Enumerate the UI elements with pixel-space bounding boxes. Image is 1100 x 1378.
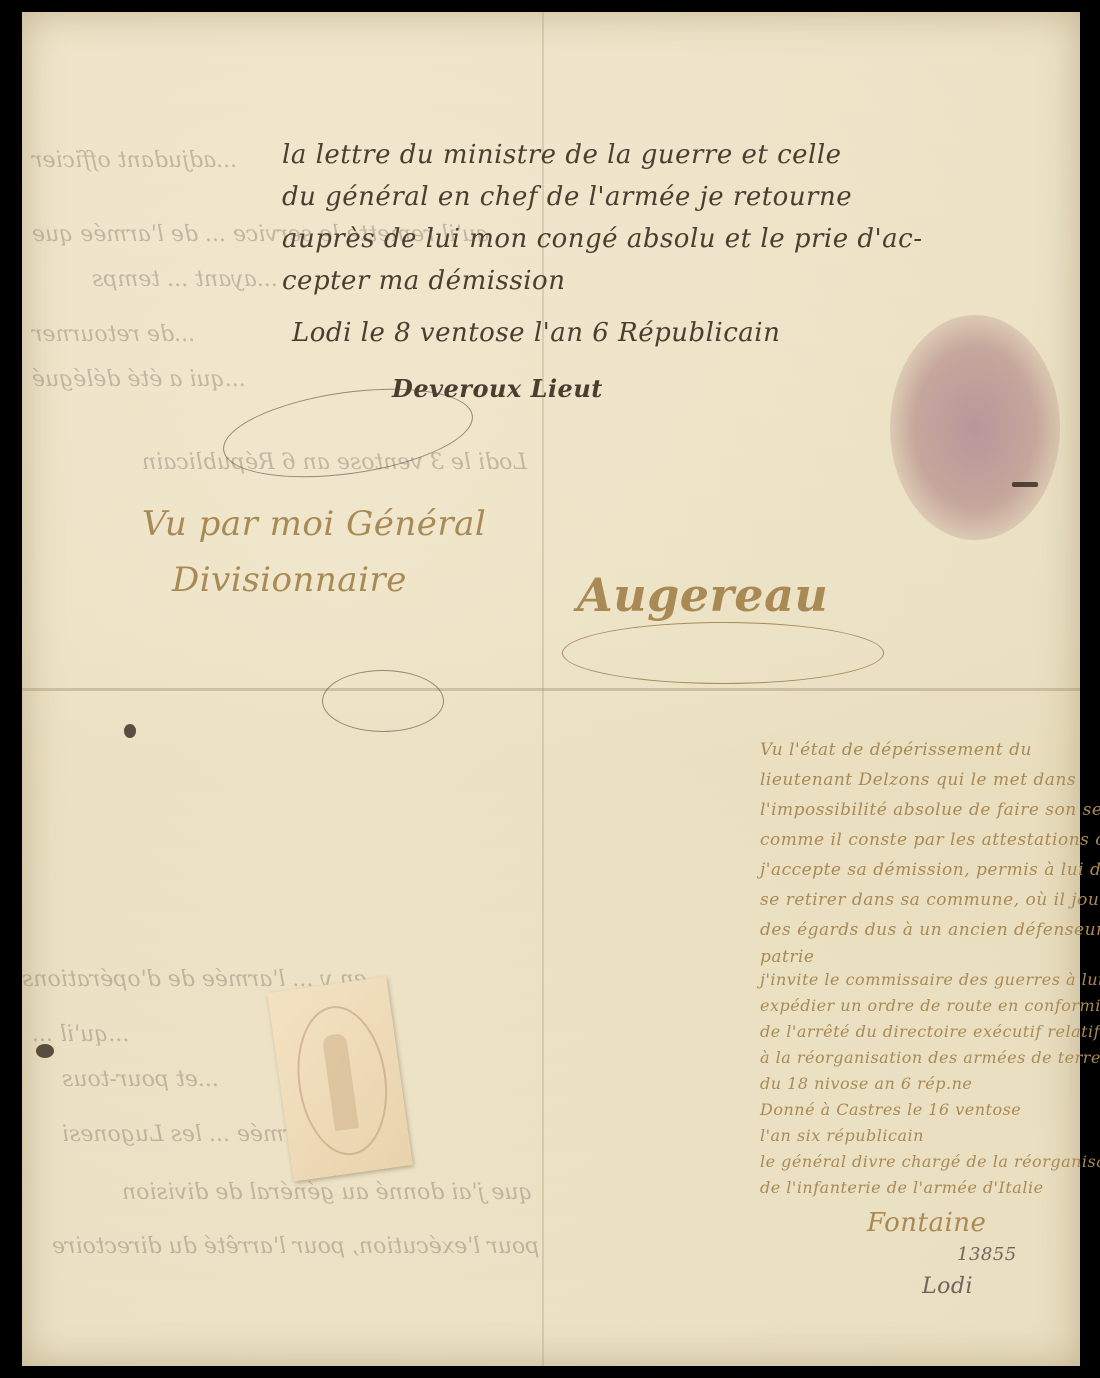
decision-line: j'accepte sa démission, permis à lui de	[760, 860, 1100, 880]
bleedthrough-line: ...et pour-tous	[62, 1067, 219, 1092]
decision-line: se retirer dans sa commune, où il jouira	[760, 890, 1100, 910]
bleedthrough-line: ...de retourner	[32, 322, 195, 347]
pencil-note: Lodi	[922, 1274, 973, 1299]
endorsement-line: Divisionnaire	[172, 560, 407, 600]
signature-flourish	[562, 622, 884, 684]
letter-line: du général en chef de l'armée je retourn…	[282, 182, 852, 212]
fold-crease-vertical	[542, 12, 544, 1366]
ink-blot	[36, 1044, 54, 1058]
embossed-tax-stamp	[267, 977, 412, 1182]
wax-seal-stain	[890, 315, 1060, 540]
decision-line: de l'arrêté du directoire exécutif relat…	[760, 1022, 1100, 1041]
decision-line: des égards dus à un ancien défenseur de …	[760, 920, 1100, 940]
letter-line: cepter ma démission	[282, 266, 565, 296]
decision-line: le général divre chargé de la réorganisa…	[760, 1152, 1100, 1171]
bleedthrough-line: ...qui a été délégué	[32, 367, 246, 392]
signature-general: Augereau	[577, 568, 828, 622]
fold-crease-horizontal	[22, 688, 1080, 691]
stamp-mark	[322, 670, 444, 732]
ink-blot	[124, 724, 136, 738]
decision-line: Donné à Castres le 16 ventose	[760, 1100, 1021, 1119]
bleedthrough-line: que j'ai donné au général de division	[122, 1180, 533, 1205]
decision-line: à la réorganisation des armées de terre	[760, 1048, 1100, 1067]
bleedthrough-line: pour l'exécution, pour l'arrêté du direc…	[52, 1234, 539, 1259]
decision-line: du 18 nivose an 6 rép.ne	[760, 1074, 972, 1093]
decision-line: lieutenant Delzons qui le met dans	[760, 770, 1076, 790]
decision-line: j'invite le commissaire des guerres à lu…	[760, 970, 1100, 989]
decision-line: expédier un ordre de route en conformité	[760, 996, 1100, 1015]
decision-line: patrie	[760, 947, 814, 967]
decision-line: l'an six républicain	[760, 1126, 924, 1145]
signature-fontaine: Fontaine	[867, 1208, 986, 1238]
letter-line: la lettre du ministre de la guerre et ce…	[282, 140, 842, 170]
date-line: Lodi le 8 ventose l'an 6 Républicain	[292, 318, 780, 348]
letter-line: auprès de lui mon congé absolu et le pri…	[282, 224, 923, 254]
document-sheet: ...adjudant officier qu'il remette le se…	[22, 12, 1080, 1366]
decision-line: comme il conste par les attestations ci-…	[760, 830, 1100, 850]
decision-line: Vu l'état de dépérissement du	[760, 740, 1032, 760]
bleedthrough-line: ...adjudant officier	[32, 148, 237, 173]
endorsement-line: Vu par moi Général	[142, 504, 486, 544]
ink-mark	[1012, 482, 1038, 487]
bleedthrough-line: ...ayant ... temps	[92, 267, 278, 292]
decision-line: l'impossibilité absolue de faire son ser…	[760, 800, 1100, 820]
decision-line: de l'infanterie de l'armée d'Italie	[760, 1178, 1044, 1197]
pencil-reference-number: 13855	[957, 1244, 1017, 1265]
